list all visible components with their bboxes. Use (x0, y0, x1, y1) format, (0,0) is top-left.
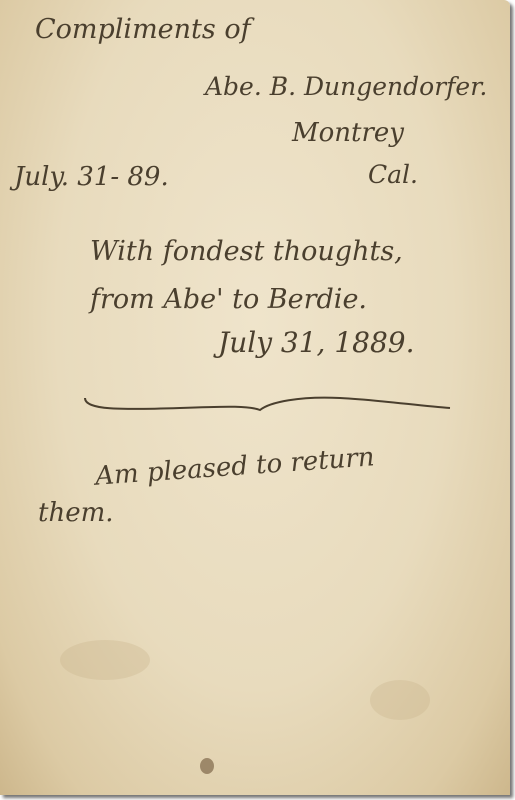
note-line-1: Am pleased to return (94, 442, 375, 491)
dedication-line-1: With fondest thoughts, (90, 236, 403, 267)
flourish-divider (80, 390, 460, 420)
note-line-2: them. (38, 498, 114, 528)
compliments-text: Compliments of (35, 14, 251, 45)
ink-stain (200, 758, 214, 774)
side-date: July. 31- 89. (14, 162, 169, 192)
handwritten-card: Compliments of Abe. B. Dungendorfer. Mon… (0, 0, 510, 795)
sender-city: Montrey (292, 118, 404, 148)
paper-stain (370, 680, 430, 720)
sender-name: Abe. B. Dungendorfer. (205, 72, 487, 101)
dedication-line-2: from Abe' to Berdie. (90, 284, 367, 315)
paper-stain (60, 640, 150, 680)
sender-state: Cal. (368, 160, 418, 189)
dedication-date: July 31, 1889. (218, 326, 415, 359)
